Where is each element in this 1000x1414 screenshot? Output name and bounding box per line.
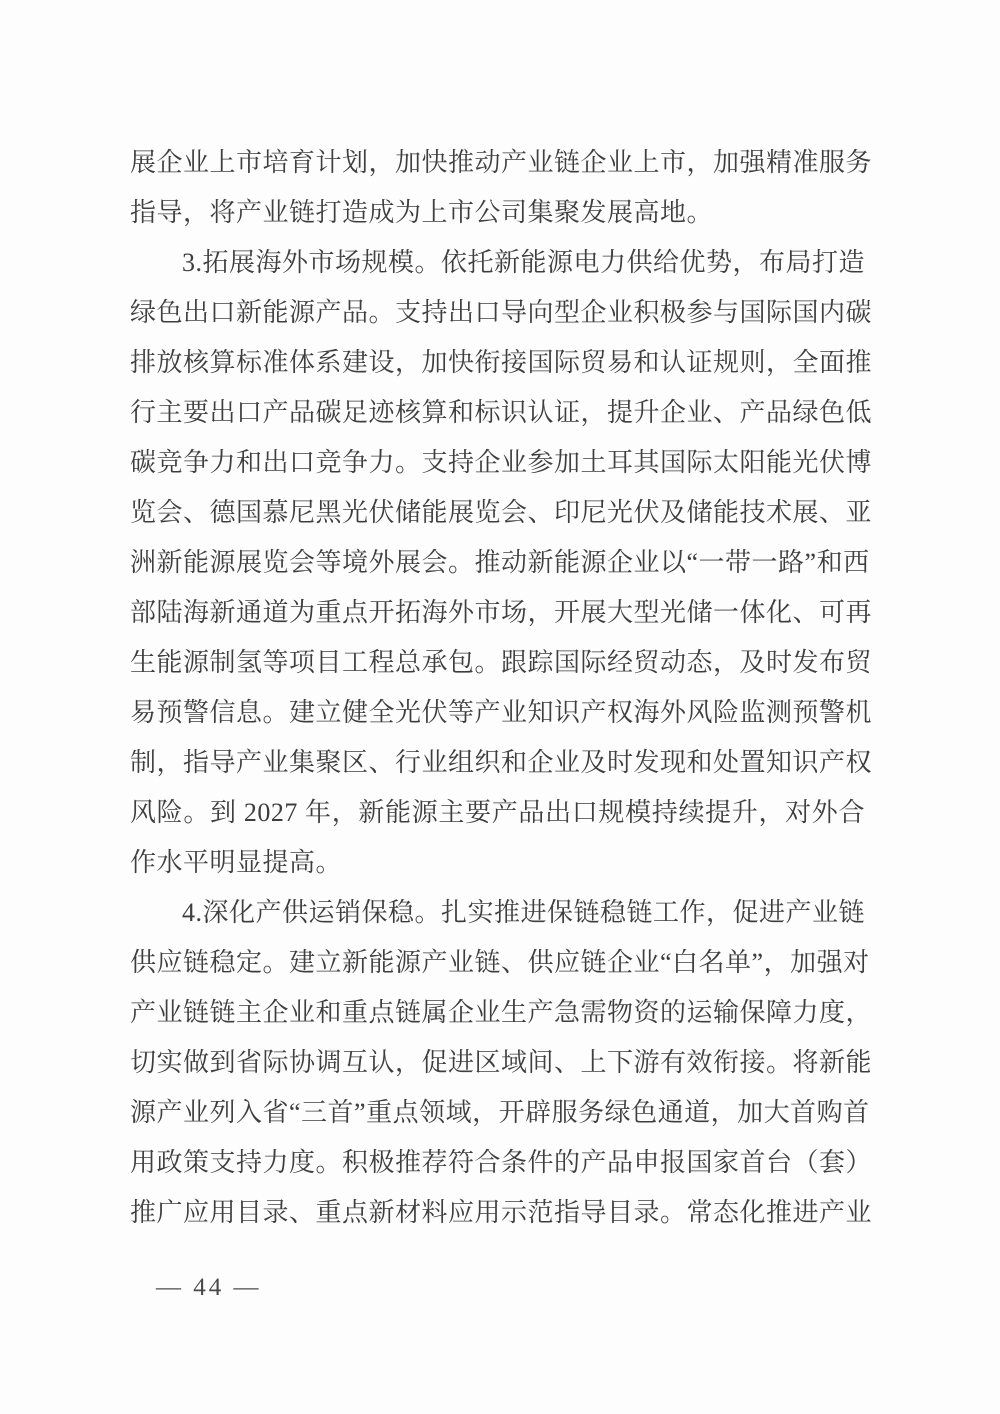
text-line: 行主要出口产品碳足迹核算和标识认证，提升企业、产品绿色低 bbox=[130, 388, 865, 438]
text-line: 切实做到省际协调互认，促进区域间、上下游有效衔接。将新能 bbox=[130, 1038, 865, 1088]
text-line: 排放核算标准体系建设，加快衔接国际贸易和认证规则，全面推 bbox=[130, 338, 865, 388]
text-line: 供应链稳定。建立新能源产业链、供应链企业“白名单”，加强对 bbox=[130, 938, 865, 988]
text-line: 作水平明显提高。 bbox=[130, 838, 865, 888]
text-line-section-4-start: 4.深化产供运销保稳。扎实推进保链稳链工作，促进产业链 bbox=[130, 888, 865, 938]
text-line: 览会、德国慕尼黑光伏储能展览会、印尼光伏及储能技术展、亚 bbox=[130, 488, 865, 538]
document-page: 展企业上市培育计划，加快推动产业链企业上市，加强精准服务 指导，将产业链打造成为… bbox=[0, 0, 1000, 1414]
text-line: 推广应用目录、重点新材料应用示范指导目录。常态化推进产业 bbox=[130, 1188, 865, 1238]
text-line: 生能源制氢等项目工程总承包。跟踪国际经贸动态，及时发布贸 bbox=[130, 638, 865, 688]
text-line: 碳竞争力和出口竞争力。支持企业参加土耳其国际太阳能光伏博 bbox=[130, 438, 865, 488]
text-line: 展企业上市培育计划，加快推动产业链企业上市，加强精准服务 bbox=[130, 138, 865, 188]
text-line: 易预警信息。建立健全光伏等产业知识产权海外风险监测预警机 bbox=[130, 688, 865, 738]
text-line: 部陆海新通道为重点开拓海外市场，开展大型光储一体化、可再 bbox=[130, 588, 865, 638]
text-line: 源产业列入省“三首”重点领域，开辟服务绿色通道，加大首购首 bbox=[130, 1088, 865, 1138]
text-line: 风险。到 2027 年，新能源主要产品出口规模持续提升，对外合 bbox=[130, 788, 865, 838]
text-block: 展企业上市培育计划，加快推动产业链企业上市，加强精准服务 指导，将产业链打造成为… bbox=[130, 138, 865, 1238]
page-number: — 44 — bbox=[156, 1268, 262, 1308]
text-line: 绿色出口新能源产品。支持出口导向型企业积极参与国际国内碳 bbox=[130, 288, 865, 338]
text-line: 洲新能源展览会等境外展会。推动新能源企业以“一带一路”和西 bbox=[130, 538, 865, 588]
text-line-section-3-start: 3.拓展海外市场规模。依托新能源电力供给优势，布局打造 bbox=[130, 238, 865, 288]
text-line: 制，指导产业集聚区、行业组织和企业及时发现和处置知识产权 bbox=[130, 738, 865, 788]
text-line: 产业链链主企业和重点链属企业生产急需物资的运输保障力度， bbox=[130, 988, 865, 1038]
text-line: 指导，将产业链打造成为上市公司集聚发展高地。 bbox=[130, 188, 865, 238]
text-line: 用政策支持力度。积极推荐符合条件的产品申报国家首台（套） bbox=[130, 1138, 865, 1188]
